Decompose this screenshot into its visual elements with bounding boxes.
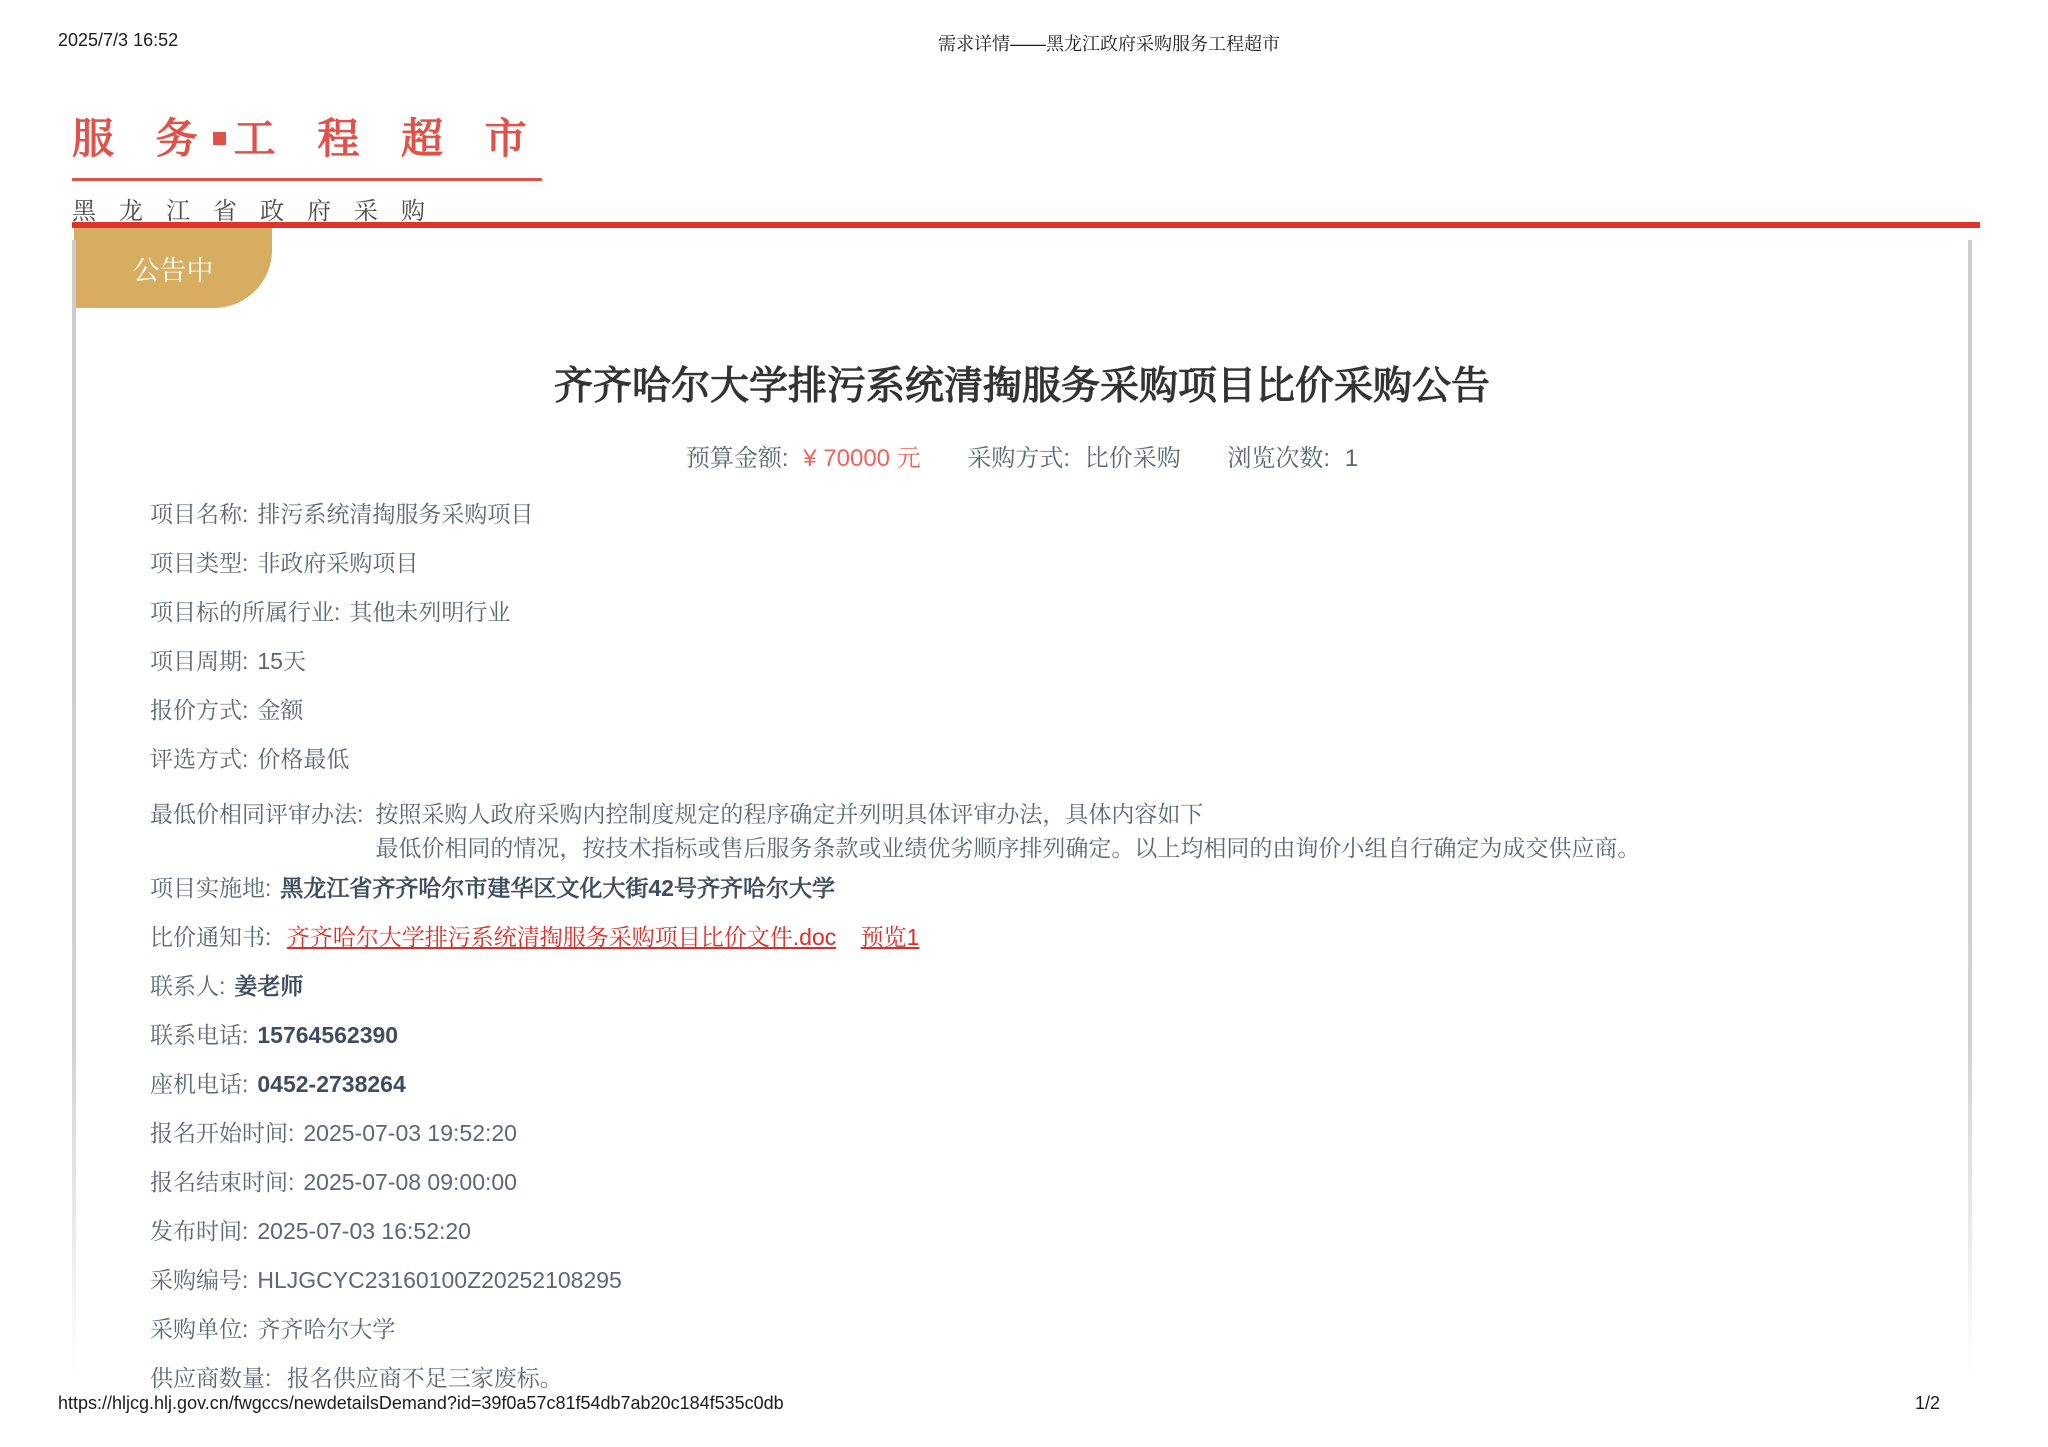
field-row-duration: 项目周期:15天 xyxy=(150,650,1968,673)
field-row-industry: 项目标的所属行业:其他未列明行业 xyxy=(150,601,1968,624)
field-row-signup-end: 报名结束时间:2025-07-08 09:00:00 xyxy=(150,1171,1968,1194)
field-row-contact-person: 联系人:姜老师 xyxy=(150,975,1968,998)
views-label: 浏览次数: xyxy=(1227,445,1330,472)
field-row-procurement-no: 采购编号:HLJGCYC23160100Z20252108295 xyxy=(150,1269,1968,1292)
field-row-contact-phone: 联系电话:15764562390 xyxy=(150,1024,1968,1047)
preview-link[interactable]: 预览1 xyxy=(861,924,920,950)
logo-title: 服 务工 程 超 市 xyxy=(72,106,542,181)
notice-doc-link[interactable]: 齐齐哈尔大学排污系统清掏服务采购项目比价文件.doc xyxy=(287,924,836,950)
logo-subtitle: 黑龙江省政府采购 xyxy=(72,191,542,226)
page-indicator: 1/2 xyxy=(1915,1393,1940,1414)
field-row-signup-start: 报名开始时间:2025-07-03 19:52:20 xyxy=(150,1122,1968,1145)
field-row-supplier-count: 供应商数量: 报名供应商不足三家废标。 xyxy=(150,1367,1968,1390)
footer-url: https://hljcg.hlj.gov.cn/fwgccs/newdetai… xyxy=(58,1393,784,1414)
budget-label: 预算金额: xyxy=(686,445,789,472)
header-divider xyxy=(72,222,1980,228)
field-row-tie-break-rule: 最低价相同评审办法: 按照采购人政府采购内控制度规定的程序确定并列明具体评审办法… xyxy=(150,797,1968,865)
site-logo: 服 务工 程 超 市 黑龙江省政府采购 xyxy=(72,106,542,226)
card-right-border xyxy=(1968,240,1972,1380)
tie-break-line2: 最低价相同的情况，按技术指标或售后服务条款或业绩优劣顺序排列确定。以上均相同的由… xyxy=(375,831,1640,865)
announcement-card: 齐齐哈尔大学排污系统清掏服务采购项目比价采购公告 预算金额: ¥ 70000 元… xyxy=(76,233,1968,1416)
budget-value: ¥ 70000 元 xyxy=(803,445,920,472)
logo-title-part1: 服 务 xyxy=(72,115,213,162)
field-row-selection-method: 评选方式:价格最低 xyxy=(150,748,1968,771)
field-list: 项目名称:排污系统清掏服务采购项目 项目类型:非政府采购项目 项目标的所属行业:… xyxy=(76,503,1968,1390)
logo-title-part2: 工 程 超 市 xyxy=(234,115,542,162)
method-label: 采购方式: xyxy=(967,445,1070,472)
logo-dot-icon xyxy=(213,132,226,145)
field-row-project-name: 项目名称:排污系统清掏服务采购项目 xyxy=(150,503,1968,526)
field-row-quote-method: 报价方式:金额 xyxy=(150,699,1968,722)
meta-row: 预算金额: ¥ 70000 元 采购方式: 比价采购 浏览次数: 1 xyxy=(76,438,1968,473)
views-value: 1 xyxy=(1345,445,1358,472)
print-page-title: 需求详情——黑龙江政府采购服务工程超市 xyxy=(938,30,1280,56)
announcement-title: 齐齐哈尔大学排污系统清掏服务采购项目比价采购公告 xyxy=(76,355,1968,411)
print-footer: https://hljcg.hlj.gov.cn/fwgccs/newdetai… xyxy=(0,1393,2048,1414)
field-row-project-type: 项目类型:非政府采购项目 xyxy=(150,552,1968,575)
field-row-landline: 座机电话:0452-2738264 xyxy=(150,1073,1968,1096)
print-page: 2025/7/3 16:52 需求详情——黑龙江政府采购服务工程超市 服 务工 … xyxy=(0,0,2048,1447)
field-row-notice-doc: 比价通知书: 齐齐哈尔大学排污系统清掏服务采购项目比价文件.doc 预览1 xyxy=(150,926,1968,949)
field-row-procurement-unit: 采购单位:齐齐哈尔大学 xyxy=(150,1318,1968,1341)
field-row-location: 项目实施地:黑龙江省齐齐哈尔市建华区文化大街42号齐齐哈尔大学 xyxy=(150,877,1968,900)
field-row-publish-time: 发布时间:2025-07-03 16:52:20 xyxy=(150,1220,1968,1243)
print-timestamp: 2025/7/3 16:52 xyxy=(58,30,178,51)
method-value: 比价采购 xyxy=(1085,445,1181,472)
tie-break-line1: 按照采购人政府采购内控制度规定的程序确定并列明具体评审办法，具体内容如下 xyxy=(375,797,1640,831)
